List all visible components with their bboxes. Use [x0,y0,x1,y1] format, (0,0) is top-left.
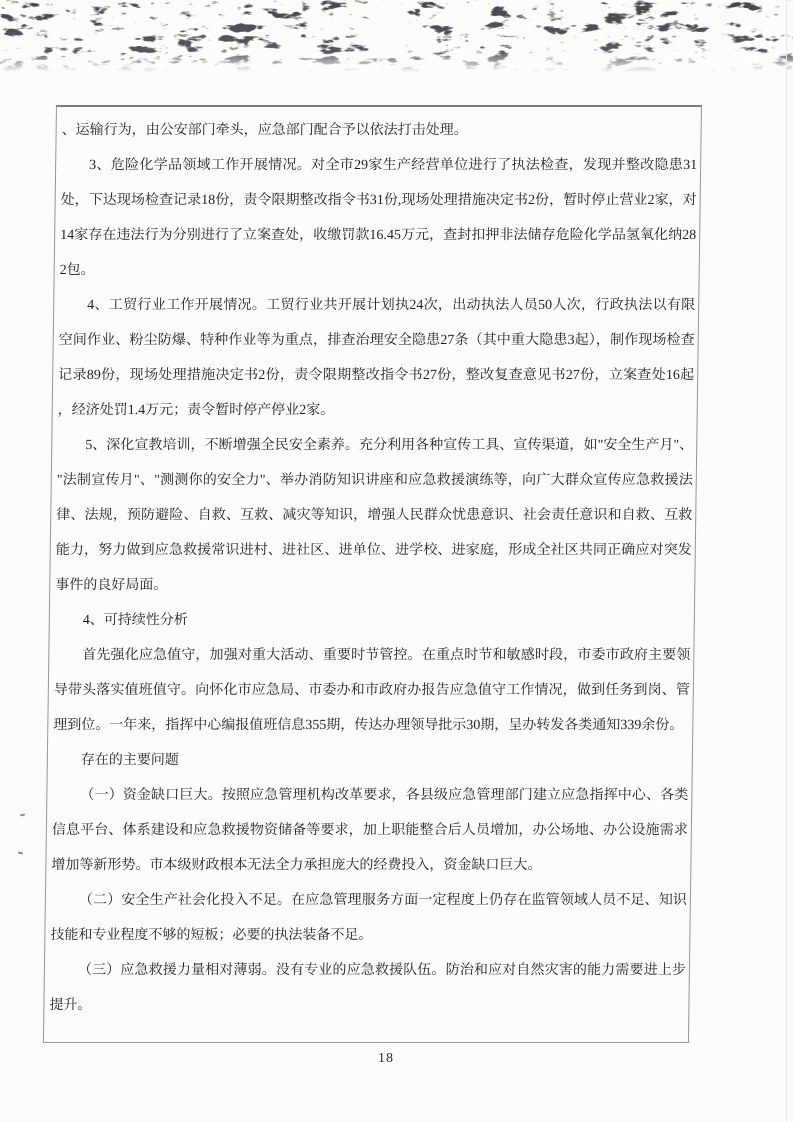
paragraph-transport-continuation: 、运输行为，由公安部门牵头，应急部门配合予以依法打击处理。 [61,113,697,148]
scan-speck [18,852,23,855]
page-number: 18 [378,1051,394,1067]
paragraph-emergency-duty: 首先强化应急值守，加强对重大活动、重要时节管控。在重点时节和敏感时段，市委市政府… [53,638,690,743]
heading-main-problems: 存在的主要问题 [53,743,689,778]
heading-sustainability-analysis: 4、可持续性分析 [55,603,691,638]
scanned-document-page: 、运输行为，由公安部门牵头，应急部门配合予以依法打击处理。 3、危险化学品领域工… [0,0,793,1122]
document-table-cell: 、运输行为，由公安部门牵头，应急部门配合予以依法打击处理。 3、危险化学品领域工… [43,105,702,1043]
paragraph-5-publicity-training: 5、深化宣教培训，不断增强全民安全素养。充分利用各种宣传工具、宣传渠道，如"安全… [55,428,693,603]
paragraph-3-hazardous-chemicals: 3、危险化学品领域工作开展情况。对全市29家生产经营单位进行了执法检查，发现并整… [59,148,697,288]
scan-noise-artifact [0,0,793,72]
paragraph-problem-3-rescue-forces: （三）应急救援力量相对薄弱。没有专业的应急救援队伍。防治和应对自然灾害的能力需要… [49,953,686,1023]
paragraph-4-industry-trade: 4、工贸行业工作开展情况。工贸行业共开展计划执24次，出动执法人员50人次，行政… [57,288,695,428]
scan-speck [20,814,25,817]
paragraph-problem-1-funding-gap: （一）资金缺口巨大。按照应急管理机构改革要求，各县级应急管理部门建立应急指挥中心… [51,778,688,883]
page-edge-shadow [786,0,787,1122]
paragraph-problem-2-social-investment: （二）安全生产社会化投入不足。在应急管理服务方面一定程度上仍存在监管领域人员不足… [50,883,687,953]
